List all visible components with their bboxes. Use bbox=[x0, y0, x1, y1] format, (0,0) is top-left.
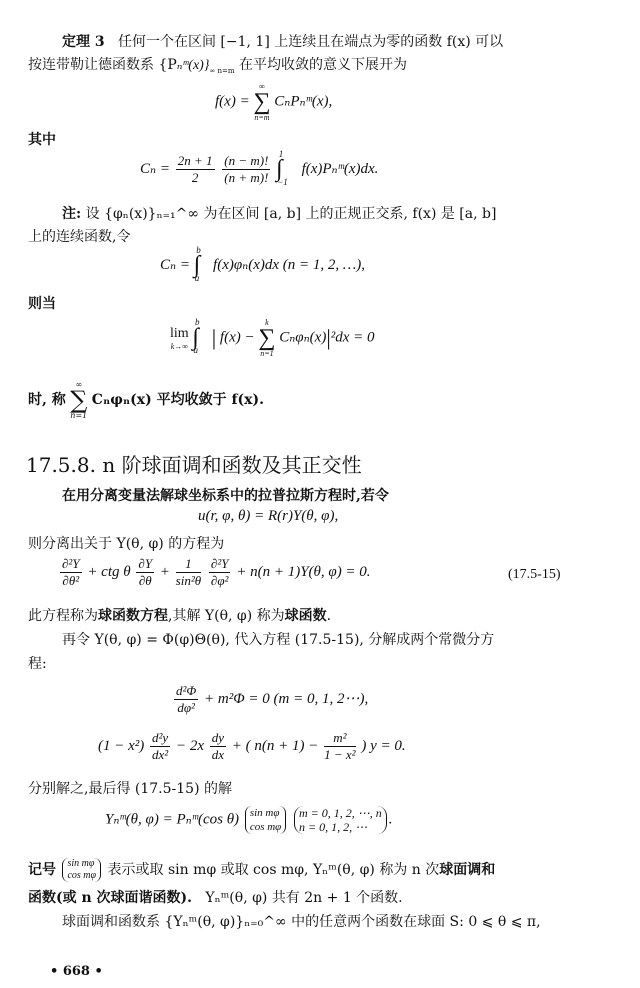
formula-expansion: f(x) = ∞ ∑ n=m CₙPₙᵐ(x), bbox=[215, 82, 332, 122]
denominator: dx bbox=[210, 747, 226, 763]
paren-conditions: m = 0, 1, 2, ⋯, n n = 0, 1, 2, ⋯ bbox=[294, 806, 387, 834]
sigma-icon: ∑ bbox=[253, 91, 270, 113]
sum-bottom: n=m bbox=[253, 113, 270, 122]
formula-coefficient: Cₙ = 2n + 12 (n − m)!(n + m)! ∫1−1 f(x)P… bbox=[140, 153, 378, 186]
sigma-icon: ∑ bbox=[258, 327, 275, 349]
p6-text: 表示或取 sin mφ 或取 cos mφ, Yₙᵐ(θ, φ) 称为 n 次 bbox=[108, 862, 440, 878]
equation-phi: d²Φdφ² + m²Φ = 0 (m = 0, 1, 2⋯), bbox=[172, 683, 368, 716]
int-lower: a bbox=[195, 273, 200, 283]
int-upper: 1 bbox=[279, 149, 284, 159]
plus-sign: + bbox=[160, 564, 170, 580]
lim-text: lim bbox=[170, 326, 189, 342]
section-paragraph-6: 记号 sin mφ cos mφ 表示或取 sin mφ 或取 cos mφ, … bbox=[28, 858, 495, 882]
brace-bottom: cos mφ bbox=[250, 820, 281, 834]
fraction-1: 2n + 12 bbox=[176, 153, 215, 186]
eq3-lhs: (1 − x²) bbox=[98, 738, 144, 754]
theorem-label: 定理 3 bbox=[62, 34, 105, 50]
p7-text: 函数(或 n 次球面谐函数). bbox=[28, 890, 192, 906]
numerator: ∂Y bbox=[136, 556, 154, 573]
note-label: 注: bbox=[62, 206, 81, 222]
term-spherical-equation: 球函数方程 bbox=[98, 608, 168, 624]
system-limits: ∞ n=m bbox=[209, 67, 234, 75]
where-label: 其中 bbox=[28, 131, 56, 149]
eq3-tail: ) y = 0. bbox=[361, 738, 405, 754]
note-coef-rhs: f(x)φₙ(x)dx (n = 1, 2, …), bbox=[213, 257, 365, 273]
term-spherical-function: 球函数 bbox=[285, 608, 327, 624]
limit-operator: lim k→∞ bbox=[170, 326, 189, 351]
eq3-paren: + ( n(n + 1) − bbox=[232, 738, 319, 754]
denominator: ∂θ² bbox=[60, 573, 82, 589]
denominator: ∂φ² bbox=[209, 573, 231, 589]
conclusion-prefix: 时, 称 bbox=[28, 392, 66, 408]
conclusion-body: Cₙφₙ(x) 平均收敛于 f(x). bbox=[92, 392, 264, 408]
int-upper: b bbox=[195, 317, 200, 327]
denominator: sin²θ bbox=[176, 573, 201, 589]
brace-choice: sin mφ cos mφ bbox=[62, 858, 101, 882]
denominator: (n + m)! bbox=[222, 170, 270, 186]
theorem-text-2a: 按连带勒让德函数系 {P bbox=[28, 57, 177, 73]
section-paragraph-5: 分别解之,最后得 (17.5-15) 的解 bbox=[28, 780, 232, 798]
fraction: 1sin²θ bbox=[176, 556, 201, 589]
sum-bottom: n=1 bbox=[70, 411, 87, 420]
fraction: ∂²Y∂φ² bbox=[209, 556, 231, 589]
lim-sub: k→∞ bbox=[170, 342, 189, 351]
section-paragraph-2: 则分离出关于 Y(θ, φ) 的方程为 bbox=[28, 535, 224, 553]
int-lower: a bbox=[194, 345, 199, 355]
equation-u: u(r, φ, θ) = R(r)Y(θ, φ), bbox=[198, 508, 338, 525]
eq1-mid: + ctg θ bbox=[87, 564, 130, 580]
numerator: 1 bbox=[176, 556, 201, 573]
theorem-text-1: 任何一个在区间 [−1, 1] 上连续且在端点为零的函数 f(x) 可以 bbox=[118, 34, 503, 50]
section-paragraph-8: 球面调和函数系 {Yₙᵐ(θ, φ)}ₙ₌₀^∞ 中的任意两个函数在球面 S: … bbox=[62, 913, 541, 931]
fraction: d²Φdφ² bbox=[174, 683, 198, 716]
sum-operator: ∞ ∑ n=m bbox=[253, 82, 270, 122]
p3-text: 此方程称为 bbox=[28, 608, 98, 624]
equation-spherical: ∂²Y∂θ² + ctg θ ∂Y∂θ + 1sin²θ ∂²Y∂φ² + n(… bbox=[58, 556, 371, 589]
numerator: d²Φ bbox=[174, 683, 198, 700]
note-text-1: 设 {φₙ(x)}ₙ₌₁^∞ 为在区间 [a, b] 上的正规正交系, f(x)… bbox=[86, 206, 497, 222]
legendre-system: ₙᵐ(x)} bbox=[177, 58, 210, 73]
section-paragraph-4-line-1: 再令 Y(θ, φ) = Φ(φ)Θ(θ), 代入方程 (17.5-15), 分… bbox=[62, 631, 494, 649]
section-paragraph-3: 此方程称为球函数方程,其解 Y(θ, φ) 称为球函数. bbox=[28, 607, 331, 625]
denominator: dφ² bbox=[174, 700, 198, 716]
term-spherical-harmonic: 球面调和 bbox=[439, 862, 495, 878]
brace-choice: sin mφ cos mφ bbox=[245, 806, 286, 834]
sum-operator: ∞ ∑ n=1 bbox=[70, 380, 87, 420]
brace-bottom: cos mφ bbox=[67, 870, 96, 882]
p7-text: Yₙᵐ(θ, φ) 共有 2n + 1 个函数. bbox=[205, 890, 402, 906]
eq1-tail: + n(n + 1)Y(θ, φ) = 0. bbox=[236, 564, 370, 580]
fraction: ∂Y∂θ bbox=[136, 556, 154, 589]
equation-number: (17.5-15) bbox=[508, 566, 561, 584]
formula-limit: lim k→∞ ∫ba | f(x) − k ∑ n=1 Cₙφₙ(x)|²dx… bbox=[170, 318, 375, 358]
section-paragraph-7: 函数(或 n 次球面谐函数). Yₙᵐ(θ, φ) 共有 2n + 1 个函数. bbox=[28, 889, 403, 907]
note-coef-lhs: Cₙ = bbox=[160, 257, 190, 273]
numerator: dy bbox=[210, 730, 226, 747]
note-line-2: 上的连续函数,令 bbox=[28, 228, 130, 246]
formula-note-coefficient: Cₙ = ∫ba f(x)φₙ(x)dx (n = 1, 2, …), bbox=[160, 252, 365, 279]
condition-top: m = 0, 1, 2, ⋯, n bbox=[299, 806, 382, 820]
equation-legendre: (1 − x²) d²ydx² − 2x dydx + ( n(n + 1) −… bbox=[98, 730, 406, 763]
eq4-lhs: Yₙᵐ(θ, φ) = Pₙᵐ(cos θ) bbox=[105, 811, 239, 827]
fraction: m²1 − x² bbox=[324, 730, 355, 763]
theorem-3-line-2: 按连带勒让德函数系 {Pₙᵐ(x)}∞ n=m 在平均收敛的意义下展开为 bbox=[28, 56, 407, 80]
int-upper: b bbox=[196, 245, 201, 255]
p3-text: . bbox=[327, 608, 331, 624]
denominator: 1 − x² bbox=[324, 747, 355, 763]
denominator: 2 bbox=[176, 170, 215, 186]
sigma-icon: ∑ bbox=[70, 389, 87, 411]
brace-top: sin mφ bbox=[67, 858, 96, 870]
denominator: ∂θ bbox=[136, 573, 154, 589]
numerator: 2n + 1 bbox=[176, 153, 215, 170]
fraction: dydx bbox=[210, 730, 226, 763]
note-conclusion: 时, 称 ∞ ∑ n=1 Cₙφₙ(x) 平均收敛于 f(x). bbox=[28, 380, 264, 420]
eq2-tail: + m²Φ = 0 (m = 0, 1, 2⋯), bbox=[204, 691, 368, 707]
fraction: ∂²Y∂θ² bbox=[60, 556, 82, 589]
limit-body-left: f(x) − bbox=[220, 329, 255, 345]
int-lower: −1 bbox=[277, 177, 288, 187]
numerator: (n − m)! bbox=[222, 153, 270, 170]
equation-solution: Yₙᵐ(θ, φ) = Pₙᵐ(cos θ) sin mφ cos mφ m =… bbox=[105, 806, 393, 834]
fraction-2: (n − m)!(n + m)! bbox=[222, 153, 270, 186]
numerator: d²y bbox=[150, 730, 170, 747]
formula-lhs: f(x) = bbox=[215, 93, 250, 109]
fraction: d²ydx² bbox=[150, 730, 170, 763]
abs-bar-left-icon: | bbox=[212, 325, 216, 350]
eq3-mid: − 2x bbox=[176, 738, 204, 754]
p6-text: 记号 bbox=[28, 862, 56, 878]
condition-bottom: n = 0, 1, 2, ⋯ bbox=[299, 820, 382, 834]
sum-bottom: n=1 bbox=[258, 349, 275, 358]
page-number: • 668 • bbox=[50, 964, 103, 979]
section-title: 17.5.8. n 阶球面调和函数及其正交性 bbox=[26, 449, 362, 478]
section-paragraph-1: 在用分离变量法解球坐标系中的拉普拉斯方程时,若令 bbox=[62, 487, 389, 505]
coef-rhs: f(x)Pₙᵐ(x)dx. bbox=[302, 161, 379, 177]
denominator: dx² bbox=[150, 747, 170, 763]
note-line-1: 注: 设 {φₙ(x)}ₙ₌₁^∞ 为在区间 [a, b] 上的正规正交系, f… bbox=[62, 205, 496, 223]
then-label: 则当 bbox=[28, 295, 56, 313]
theorem-3-line-1: 定理 3 任何一个在区间 [−1, 1] 上连续且在端点为零的函数 f(x) 可… bbox=[62, 33, 503, 51]
brace-top: sin mφ bbox=[250, 806, 281, 820]
p3-text: ,其解 Y(θ, φ) 称为 bbox=[168, 608, 285, 624]
numerator: ∂²Y bbox=[60, 556, 82, 573]
limit-body-right: Cₙφₙ(x) bbox=[279, 329, 326, 345]
numerator: m² bbox=[324, 730, 355, 747]
coef-lhs: Cₙ = bbox=[140, 161, 170, 177]
theorem-text-2b: 在平均收敛的意义下展开为 bbox=[239, 57, 407, 73]
limit-tail: ²dx = 0 bbox=[331, 329, 375, 345]
section-paragraph-4-line-2: 程: bbox=[28, 655, 47, 673]
formula-rhs: CₙPₙᵐ(x), bbox=[274, 93, 332, 109]
eq4-tail: . bbox=[389, 811, 393, 827]
sum-operator: k ∑ n=1 bbox=[258, 318, 275, 358]
numerator: ∂²Y bbox=[209, 556, 231, 573]
